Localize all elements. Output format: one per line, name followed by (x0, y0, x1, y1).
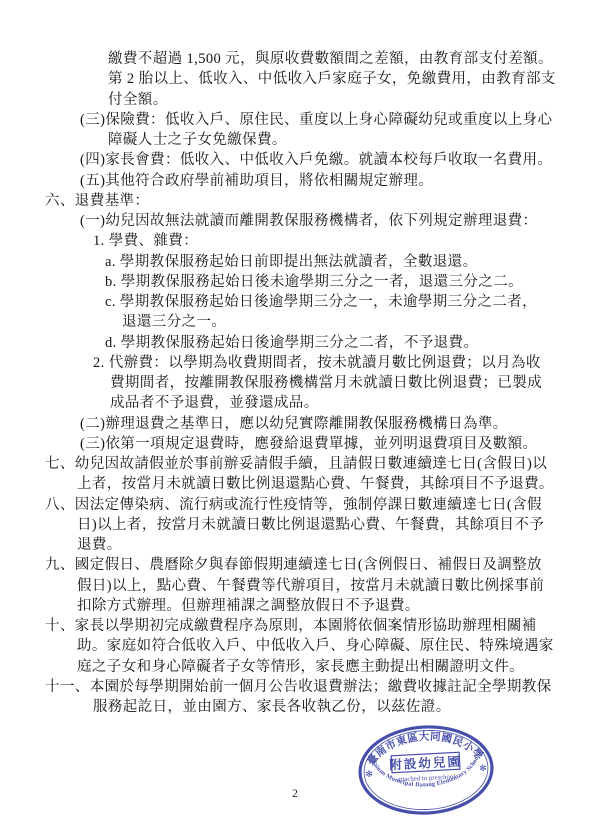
doc-line: 十一、本園於每學期開始前一個月公告收退費辦法；繳費收據註記全學期教保 (0, 677, 590, 697)
document-text: 繳費不超過 1,500 元，與原收費數額間之差額，由教育部支付差額。第 2 胎以… (0, 49, 590, 717)
doc-line: 上者，按當月未就讀日數比例退還點心費、午餐費，其餘項目不予退費。 (0, 474, 590, 494)
doc-line: 第 2 胎以上、低收入、中低收入戶家庭子女，免繳費用，由教育部支 (0, 69, 590, 89)
doc-line: (三)保險費：低收入戶、原住民、重度以上身心障礙幼兒或重度以上身心 (0, 110, 590, 130)
doc-line: c. 學期教保服務起始日後逾學期三分之一，未逾學期三分之二者， (0, 292, 590, 312)
stamp-seal-graphic: 臺南市東區大同國民小學 ✻ ✻ 附設幼兒園 attached to presch… (354, 720, 499, 819)
doc-line: 助。家庭如符合低收入戶、中低收入戶、身心障礙、原住民、特殊境遇家 (0, 636, 590, 656)
doc-line: 日)以上者，按當月未就讀日數比例退還點心費、午餐費，其餘項目不予 (0, 515, 590, 535)
doc-line: 退費。 (0, 535, 590, 555)
doc-line: 繳費不超過 1,500 元，與原收費數額間之差額，由教育部支付差額。 (0, 49, 590, 69)
doc-line: 扣除方式辦理。但辦理補課之調整放假日不予退費。 (0, 596, 590, 616)
doc-line: (三)依第一項規定退費時，應發給退費單據，並列明退費項目及數額。 (0, 434, 590, 454)
doc-line: 六、退費基準： (0, 191, 590, 211)
page-number: 2 (0, 788, 590, 800)
doc-line: 庭之子女和身心障礙者子女等情形，家長應主動提出相關證明文件。 (0, 657, 590, 677)
doc-line: 退還三分之一。 (0, 312, 590, 332)
doc-line: b. 學期教保服務起始日後未逾學期三分之一者，退還三分之二。 (0, 272, 590, 292)
doc-line: 障礙人士之子女免繳保費。 (0, 130, 590, 150)
document-page: 繳費不超過 1,500 元，與原收費數額間之差額，由教育部支付差額。第 2 胎以… (0, 0, 590, 836)
stamp-right-ornament-icon: ✻ (479, 763, 487, 773)
doc-line: (一)幼兒因故無法就讀而離開教保服務機構者，依下列規定辦理退費： (0, 211, 590, 231)
stamp-left-ornament-icon: ✻ (365, 769, 373, 779)
doc-line: (二)辦理退費之基準日，應以幼兒實際離開教保服務機構日為準。 (0, 414, 590, 434)
official-stamp: 臺南市東區大同國民小學 ✻ ✻ 附設幼兒園 attached to presch… (354, 720, 499, 819)
doc-line: 成品者不予退費，並發還成品。 (0, 393, 590, 413)
doc-line: 假日)以上，點心費、午餐費等代辦項目，按當月未就讀日數比例採事前 (0, 576, 590, 596)
doc-line: (四)家長會費：低收入、中低收入戶免繳。就讀本校每戶收取一名費用。 (0, 150, 590, 170)
doc-line: 1. 學費、雜費： (0, 231, 590, 251)
doc-line: 十、家長以學期初完成繳費程序為原則，本園將依個案情形協助辦理相關補 (0, 616, 590, 636)
doc-line: 服務起訖日，並由園方、家長各收執乙份，以茲佐證。 (0, 697, 590, 717)
doc-line: 付全額。 (0, 90, 590, 110)
doc-line: 2. 代辦費：以學期為收費期間者，按未就讀月數比例退費；以月為收 (0, 353, 590, 373)
doc-line: 費期間者，按離開教保服務機構當月未就讀日數比例退費；已製成 (0, 373, 590, 393)
doc-line: 八、因法定傳染病、流行病或流行性疫情等，強制停課日數連續達七日(含假 (0, 495, 590, 515)
doc-line: d. 學期教保服務起始日後逾學期三分之二者，不予退費。 (0, 333, 590, 353)
doc-line: 七、幼兒因故請假並於事前辦妥請假手續，且請假日數連續達七日(含假日)以 (0, 454, 590, 474)
doc-line: (五)其他符合政府學前補助項目，將依相關規定辦理。 (0, 171, 590, 191)
doc-line: a. 學期教保服務起始日前即提出無法就讀者，全數退還。 (0, 252, 590, 272)
doc-line: 九、國定假日、農曆除夕與春節假期連續達七日(含例假日、補假日及調整放 (0, 555, 590, 575)
